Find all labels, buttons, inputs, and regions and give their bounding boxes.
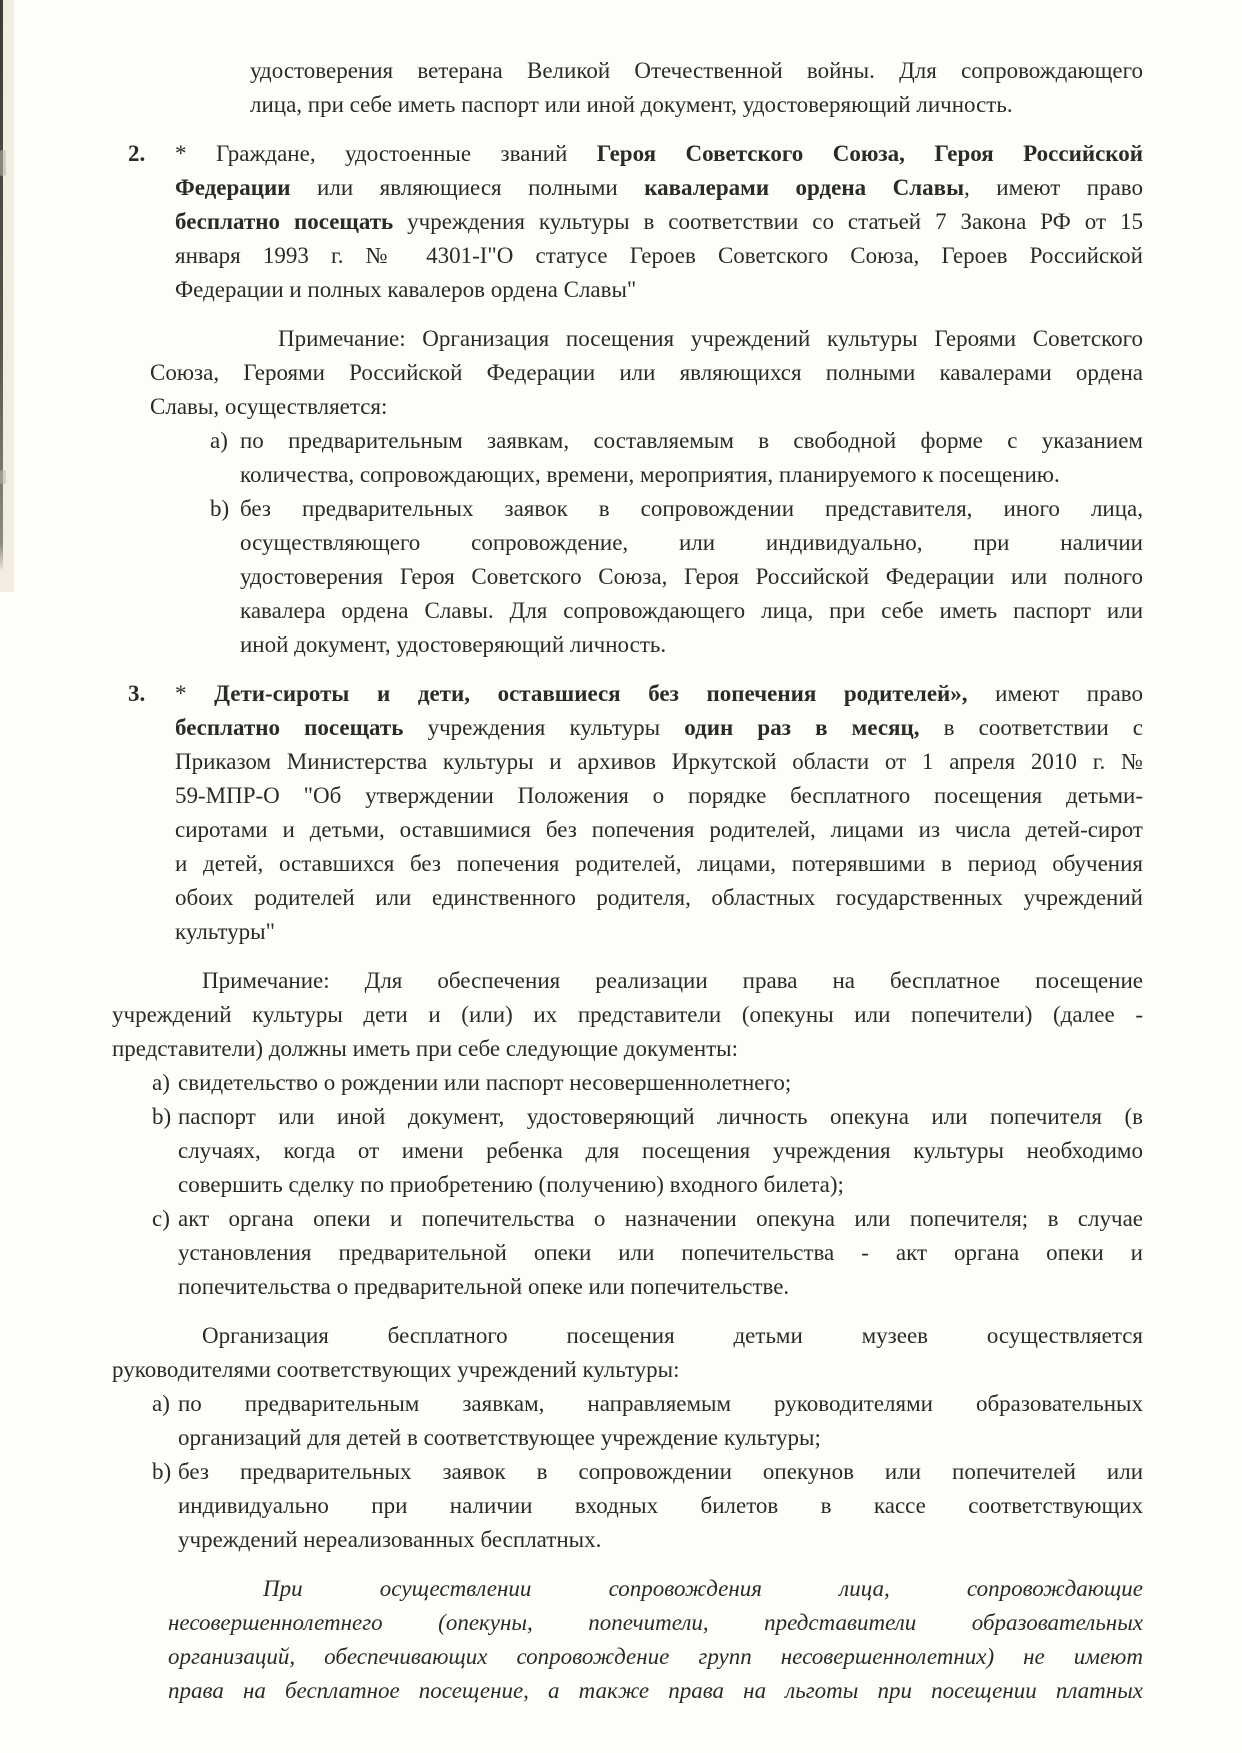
list-letter: b)	[210, 492, 229, 526]
escort-note-paragraph: При осуществлении сопровождения лица, со…	[168, 1572, 1143, 1708]
text-line: Союза, Героями Российской Федерации или …	[150, 356, 1143, 390]
text-line: бесплатно посещать учреждения культуры в…	[175, 205, 1143, 239]
text-line: попечительства о предварительной опеке и…	[178, 1270, 1143, 1304]
organization-sublist: a)по предварительным заявкам, направляем…	[152, 1387, 1143, 1557]
document-text-body: удостоверения ветерана Великой Отечестве…	[0, 54, 1242, 1708]
lettered-list-item: b)паспорт или иной документ, удостоверяю…	[152, 1100, 1143, 1202]
text-line: без предварительных заявок в сопровожден…	[178, 1455, 1143, 1489]
text-line: * Граждане, удостоенные званий Героя Сов…	[175, 137, 1143, 171]
text-line: Федерации и полных кавалеров ордена Слав…	[175, 273, 1143, 307]
document-page: удостоверения ветерана Великой Отечестве…	[0, 0, 1242, 1753]
lettered-list-item: a)по предварительным заявкам, направляем…	[152, 1387, 1143, 1455]
text-line: обоих родителей или единственного родите…	[175, 881, 1143, 915]
lettered-list-item: a)по предварительным заявкам, составляем…	[210, 424, 1143, 492]
text-line: установления предварительной опеки или п…	[178, 1236, 1143, 1270]
text-line: Федерации или являющиеся полными кавалер…	[175, 171, 1143, 205]
text-line: осуществляющего сопровождение, или индив…	[240, 526, 1143, 560]
text-line: Приказом Министерства культуры и архивов…	[175, 745, 1143, 779]
lettered-list-item: c)акт органа опеки и попечительства о на…	[152, 1202, 1143, 1304]
text-line: бесплатно посещать учреждения культуры о…	[175, 711, 1143, 745]
text-line: руководителями соответствующих учреждени…	[112, 1353, 1143, 1387]
note-paragraph-heroes: Примечание: Организация посещения учрежд…	[150, 322, 1143, 424]
organization-paragraph: Организация бесплатного посещения детьми…	[112, 1319, 1143, 1387]
text-line: представители) должны иметь при себе сле…	[112, 1032, 1143, 1066]
text-line: паспорт или иной документ, удостоверяющи…	[178, 1100, 1143, 1134]
text-line: по предварительным заявкам, направляемым…	[178, 1387, 1143, 1421]
sublist-heroes: a)по предварительным заявкам, составляем…	[210, 424, 1143, 662]
text-line: кавалера ордена Славы. Для сопровождающе…	[240, 594, 1143, 628]
text-line: индивидуально при наличии входных билето…	[178, 1489, 1143, 1523]
list-letter: c)	[152, 1202, 170, 1236]
text-line: совершить сделку по приобретению (получе…	[178, 1168, 1143, 1202]
text-line: Организация бесплатного посещения детьми…	[112, 1319, 1143, 1353]
text-line: организаций для детей в соответствующее …	[178, 1421, 1143, 1455]
lettered-list-item: a)свидетельство о рождении или паспорт н…	[152, 1066, 1143, 1100]
text-line: удостоверения ветерана Великой Отечестве…	[250, 54, 1143, 88]
text-line: без предварительных заявок в сопровожден…	[240, 492, 1143, 526]
text-line: При осуществлении сопровождения лица, со…	[168, 1572, 1143, 1606]
text-line: организаций, обеспечивающих сопровождени…	[168, 1640, 1143, 1674]
text-line: и детей, оставшихся без попечения родите…	[175, 847, 1143, 881]
text-line: лица, при себе иметь паспорт или иной до…	[250, 88, 1143, 122]
text-line: 59-МПР-О "Об утверждении Положения о пор…	[175, 779, 1143, 813]
text-line: количества, сопровождающих, времени, мер…	[240, 458, 1143, 492]
text-line: удостоверения Героя Советского Союза, Ге…	[240, 560, 1143, 594]
list-number: 2.	[128, 137, 145, 171]
numbered-item-2: 2.* Граждане, удостоенные званий Героя С…	[128, 137, 1143, 307]
text-line: Славы, осуществляется:	[150, 390, 1143, 424]
list-letter: a)	[210, 424, 228, 458]
lettered-list-item: b)без предварительных заявок в сопровожд…	[152, 1455, 1143, 1557]
text-line: * Дети-сироты и дети, оставшиеся без поп…	[175, 677, 1143, 711]
text-line: свидетельство о рождении или паспорт нес…	[178, 1066, 1143, 1100]
text-line: культуры"	[175, 915, 1143, 949]
list-letter: b)	[152, 1100, 171, 1134]
text-line: сиротами и детьми, оставшимися без попеч…	[175, 813, 1143, 847]
list-letter: b)	[152, 1455, 171, 1489]
text-line: акт органа опеки и попечительства о назн…	[178, 1202, 1143, 1236]
documents-sublist: a)свидетельство о рождении или паспорт н…	[152, 1066, 1143, 1304]
text-line: иной документ, удостоверяющий личность.	[240, 628, 1143, 662]
numbered-item-3: 3.* Дети-сироты и дети, оставшиеся без п…	[128, 677, 1143, 949]
text-line: права на бесплатное посещение, а также п…	[168, 1674, 1143, 1708]
continuation-paragraph: удостоверения ветерана Великой Отечестве…	[250, 54, 1143, 122]
note-paragraph-orphans: Примечание: Для обеспечения реализации п…	[112, 964, 1143, 1066]
text-line: января 1993 г. № 4301-I"О статусе Героев…	[175, 239, 1143, 273]
text-line: учреждений культуры дети и (или) их пред…	[112, 998, 1143, 1032]
list-letter: a)	[152, 1387, 170, 1421]
list-number: 3.	[128, 677, 145, 711]
text-line: по предварительным заявкам, составляемым…	[240, 424, 1143, 458]
lettered-list-item: b)без предварительных заявок в сопровожд…	[210, 492, 1143, 662]
text-line: Примечание: Организация посещения учрежд…	[150, 322, 1143, 356]
text-line: Примечание: Для обеспечения реализации п…	[112, 964, 1143, 998]
text-line: несовершеннолетнего (опекуны, попечители…	[168, 1606, 1143, 1640]
text-line: случаях, когда от имени ребенка для посе…	[178, 1134, 1143, 1168]
list-letter: a)	[152, 1066, 170, 1100]
text-line: учреждений нереализованных бесплатных.	[178, 1523, 1143, 1557]
